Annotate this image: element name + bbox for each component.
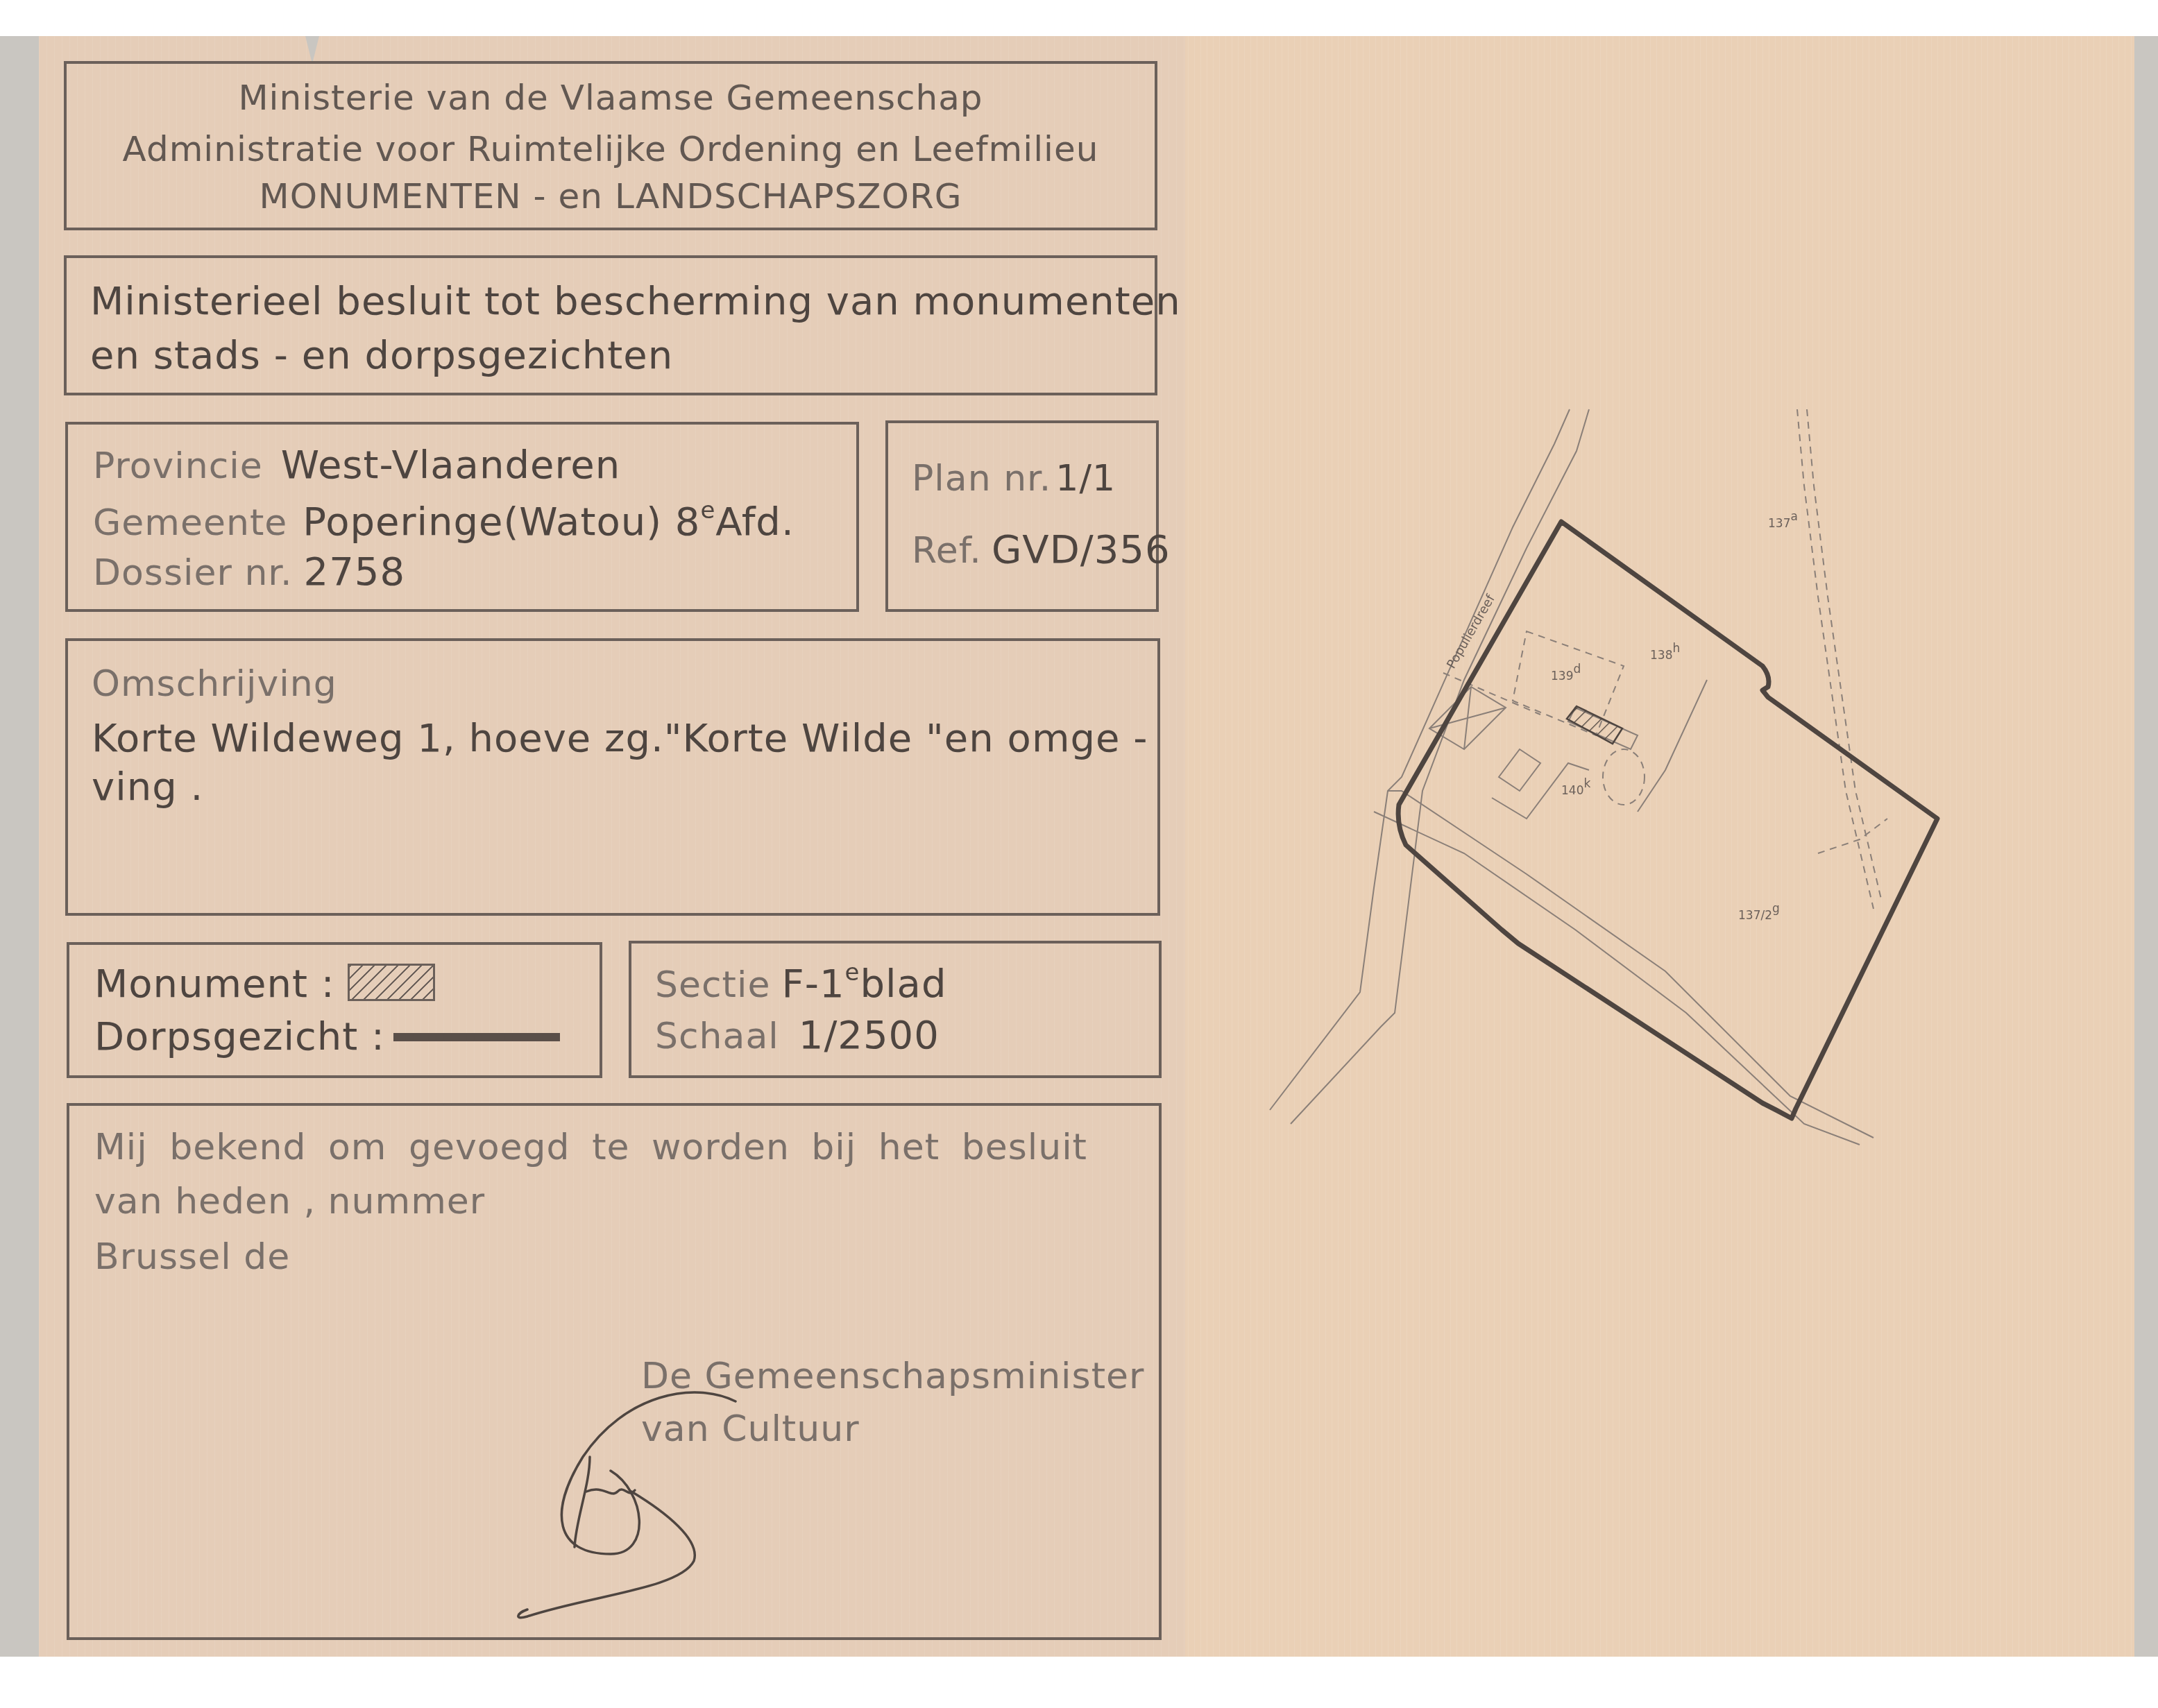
parcel-137-2g: 137/2g	[1738, 902, 1780, 923]
parcel-138h: 138h	[1650, 642, 1680, 663]
parcel-140k: 140k	[1561, 777, 1590, 798]
signature-icon	[518, 1392, 736, 1618]
parcel-137a: 137a	[1768, 510, 1798, 531]
cadastral-map: Populierdreef 137a 138h 139d 140k 137/2g	[1270, 409, 1937, 1145]
parcel-139d: 139d	[1551, 663, 1581, 683]
drawing-layer: Populierdreef 137a 138h 139d 140k 137/2g	[0, 0, 2158, 1708]
street-label: Populierdreef	[1444, 592, 1498, 671]
